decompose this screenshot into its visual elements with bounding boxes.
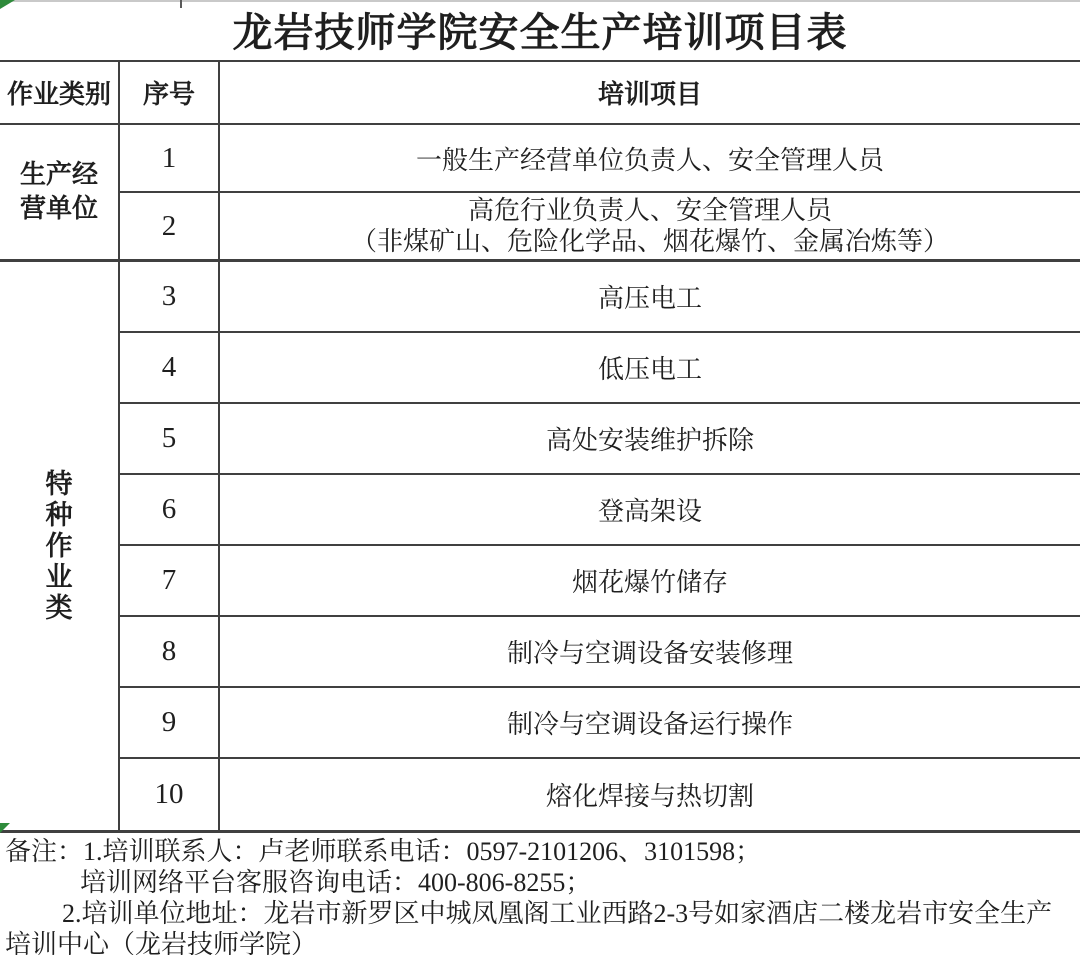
project-cell: 烟花爆竹储存	[220, 546, 1080, 617]
project-cell: 低压电工	[220, 333, 1080, 404]
header-serial: 序号	[120, 62, 220, 125]
project-cell: 高处安装维护拆除	[220, 404, 1080, 475]
excel-corner-marker-icon	[0, 823, 10, 833]
category-cell-special-operations: 特种作业类	[0, 262, 120, 830]
serial-cell: 5	[120, 404, 220, 475]
serial-cell: 10	[120, 759, 220, 830]
project-cell: 登高架设	[220, 475, 1080, 546]
training-table-page: 龙岩技师学院安全生产培训项目表 作业类别 序号 培训项目 生产经营单位 1 一般…	[0, 0, 1080, 955]
project-cell: 熔化焊接与热切割	[220, 759, 1080, 830]
project-line: 高危行业负责人、安全管理人员	[468, 195, 832, 226]
serial-cell: 7	[120, 546, 220, 617]
serial-cell: 3	[120, 262, 220, 333]
project-cell: 制冷与空调设备运行操作	[220, 688, 1080, 759]
project-cell: 高危行业负责人、安全管理人员 （非煤矿山、危险化学品、烟花爆竹、金属冶炼等）	[220, 193, 1080, 262]
serial-cell: 9	[120, 688, 220, 759]
note-line: 培训网络平台客服咨询电话：400-806-8255；	[0, 867, 1080, 898]
header-project: 培训项目	[220, 62, 1080, 125]
project-cell: 一般生产经营单位负责人、安全管理人员	[220, 125, 1080, 193]
page-title: 龙岩技师学院安全生产培训项目表	[0, 0, 1080, 58]
note-line: 2.培训单位地址：龙岩市新罗区中城凤凰阁工业西路2-3号如家酒店二楼龙岩市安全生…	[0, 898, 1080, 929]
notes-block: 备注：1.培训联系人：卢老师联系电话：0597-2101206、3101598；…	[0, 833, 1080, 955]
project-cell: 制冷与空调设备安装修理	[220, 617, 1080, 688]
note-line: 备注：1.培训联系人：卢老师联系电话：0597-2101206、3101598；	[0, 836, 1080, 867]
category-cell-production-units: 生产经营单位	[0, 125, 120, 262]
serial-cell: 2	[120, 193, 220, 262]
category-label: 生产经营单位	[17, 158, 101, 226]
serial-cell: 1	[120, 125, 220, 193]
header-category: 作业类别	[0, 62, 120, 125]
note-line: 培训中心（龙岩技师学院）	[0, 929, 1080, 955]
project-cell: 高压电工	[220, 262, 1080, 333]
serial-cell: 4	[120, 333, 220, 404]
category-label: 特种作业类	[44, 469, 74, 624]
training-table: 作业类别 序号 培训项目 生产经营单位 1 一般生产经营单位负责人、安全管理人员…	[0, 60, 1080, 833]
serial-cell: 6	[120, 475, 220, 546]
serial-cell: 8	[120, 617, 220, 688]
project-note-line: （非煤矿山、危险化学品、烟花爆竹、金属冶炼等）	[351, 226, 949, 257]
